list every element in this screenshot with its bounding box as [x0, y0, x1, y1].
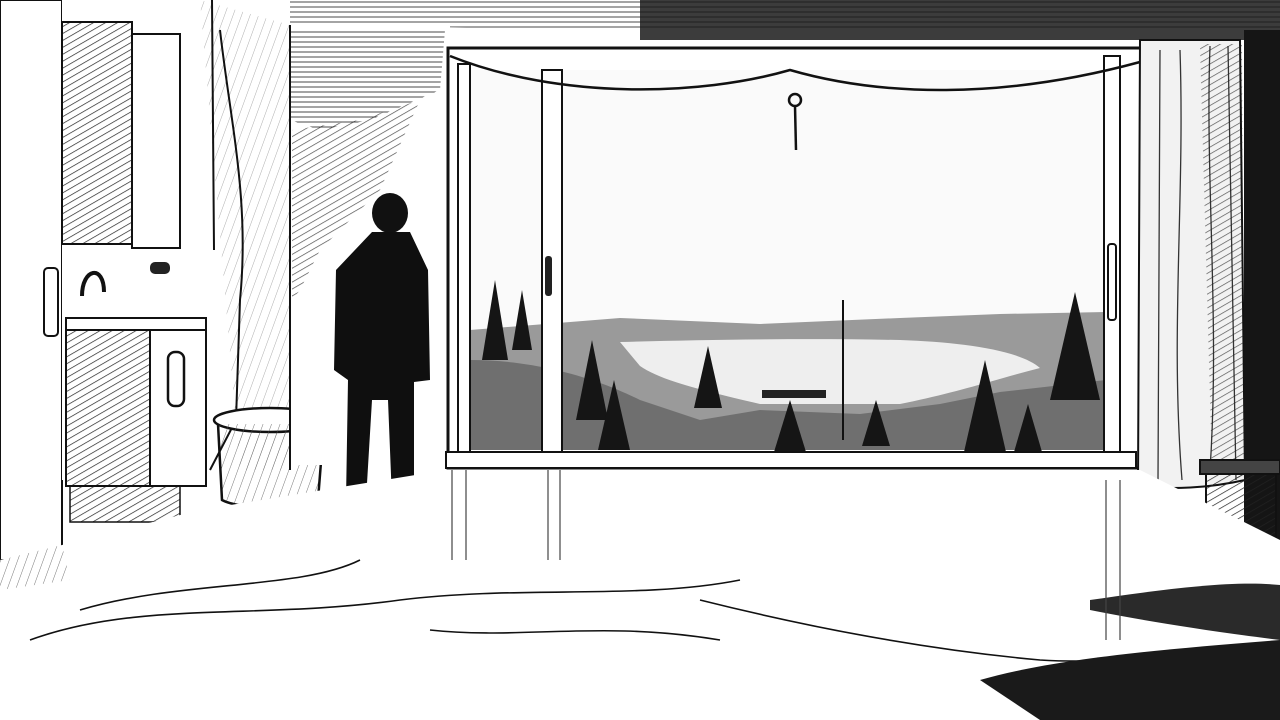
ink-illustration — [0, 0, 1280, 720]
window — [446, 48, 1148, 468]
boat — [762, 390, 826, 398]
door-handle-icon — [44, 268, 58, 336]
mirror-cabinet — [62, 22, 180, 248]
window-handle-icon — [1108, 244, 1116, 320]
curtain — [1138, 40, 1245, 488]
illustration-scene — [0, 0, 1280, 720]
flooded-floor — [0, 470, 1280, 720]
door — [0, 0, 62, 560]
window-latch-icon — [545, 256, 552, 296]
